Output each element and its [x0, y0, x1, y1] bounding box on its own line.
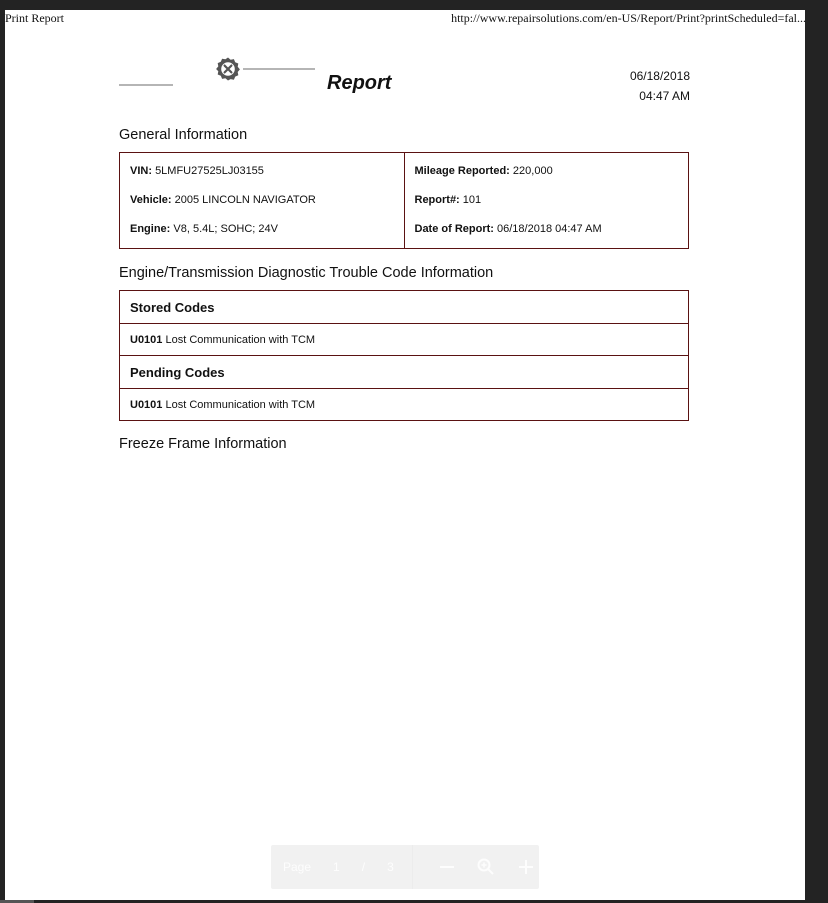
current-page-input[interactable]: 1 — [333, 860, 340, 874]
info-report-date: Date of Report: 06/18/2018 04:47 AM — [415, 223, 679, 252]
logo-line-right — [243, 68, 315, 70]
plus-icon — [517, 858, 535, 876]
total-pages: 3 — [387, 860, 394, 874]
pending-code-row: U0101 Lost Communication with TCM — [120, 389, 688, 420]
print-title: Print Report — [5, 11, 64, 26]
page-label: Page — [283, 860, 311, 874]
print-header: Print Report http://www.repairsolutions.… — [5, 10, 805, 30]
print-page: Print Report http://www.repairsolutions.… — [5, 10, 805, 900]
gear-x-icon — [215, 56, 241, 82]
zoom-fit-button[interactable] — [476, 857, 496, 877]
general-info-title: General Information — [119, 127, 247, 143]
report-date: 06/18/2018 — [630, 66, 690, 86]
stored-codes-heading: Stored Codes — [120, 291, 688, 324]
general-info-table: VIN: 5LMFU27525LJ03155 Vehicle: 2005 LIN… — [119, 152, 689, 249]
page-indicator: Page 1 / 3 — [271, 860, 394, 874]
info-engine: Engine: V8, 5.4L; SOHC; 24V — [130, 223, 394, 252]
freeze-frame-title: Freeze Frame Information — [119, 436, 287, 452]
magnifier-icon — [476, 857, 496, 877]
general-info-right: Mileage Reported: 220,000 Report#: 101 D… — [404, 153, 689, 248]
info-mileage: Mileage Reported: 220,000 — [415, 165, 679, 194]
zoom-in-button[interactable] — [516, 857, 536, 877]
info-report-number: Report#: 101 — [415, 194, 679, 223]
general-info-left: VIN: 5LMFU27525LJ03155 Vehicle: 2005 LIN… — [120, 153, 404, 248]
report-datetime: 06/18/2018 04:47 AM — [630, 66, 690, 106]
pending-codes-heading: Pending Codes — [120, 356, 688, 389]
page-separator: / — [362, 860, 365, 874]
company-logo — [119, 52, 319, 102]
stored-code-row: U0101 Lost Communication with TCM — [120, 324, 688, 356]
zoom-out-button[interactable] — [437, 857, 457, 877]
report-title: Report — [327, 72, 391, 95]
pdf-toolbar: Page 1 / 3 — [271, 845, 539, 889]
dtc-title: Engine/Transmission Diagnostic Trouble C… — [119, 265, 493, 281]
info-vehicle: Vehicle: 2005 LINCOLN NAVIGATOR — [130, 194, 394, 223]
minus-icon — [438, 858, 456, 876]
print-url: http://www.repairsolutions.com/en-US/Rep… — [451, 11, 806, 26]
dtc-table: Stored Codes U0101 Lost Communication wi… — [119, 290, 689, 421]
toolbar-divider — [412, 845, 413, 889]
info-vin: VIN: 5LMFU27525LJ03155 — [130, 165, 394, 194]
logo-line-left — [119, 84, 173, 86]
report-time: 04:47 AM — [630, 86, 690, 106]
